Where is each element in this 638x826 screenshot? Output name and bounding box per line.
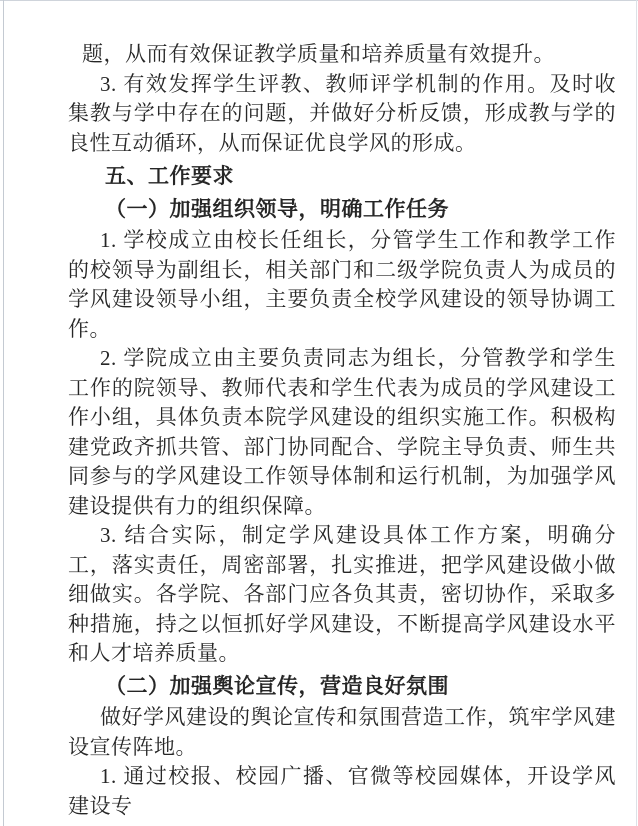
page-right-edge-line	[636, 0, 637, 826]
page-top-edge-line	[0, 0, 638, 1]
section-heading-5: 五、工作要求	[68, 162, 616, 192]
subsection-heading-1: （一）加强组织领导，明确工作任务	[68, 195, 616, 225]
paragraph-item-1-media: 1. 通过校报、校园广播、官微等校园媒体，开设学风建设专	[68, 762, 616, 821]
paragraph-publicity: 做好学风建设的舆论宣传和氛围营造工作，筑牢学风建设宣传阵地。	[68, 703, 616, 762]
paragraph-item-2-college-group: 2. 学院成立由主要负责同志为组长，分管教学和学生工作的院领导、教师代表和学生代…	[68, 344, 616, 521]
page-left-edge-line	[3, 0, 4, 826]
paragraph-item-1-school-group: 1. 学校成立由校长任组长，分管学生工作和教学工作的校领导为副组长，相关部门和二…	[68, 226, 616, 344]
paragraph-item-3-plan: 3. 结合实际，制定学风建设具体工作方案，明确分工，落实责任，周密部署，扎实推进…	[68, 521, 616, 669]
paragraph-continuation: 题，从而有效保证教学质量和培养质量有效提升。	[68, 40, 616, 70]
subsection-heading-2: （二）加强舆论宣传，营造良好氛围	[68, 672, 616, 702]
document-text-block: 题，从而有效保证教学质量和培养质量有效提升。3. 有效发挥学生评教、教师评学机制…	[68, 40, 616, 821]
document-page: 题，从而有效保证教学质量和培养质量有效提升。3. 有效发挥学生评教、教师评学机制…	[0, 0, 638, 826]
paragraph-item-3-evaluation: 3. 有效发挥学生评教、教师评学机制的作用。及时收集教与学中存在的问题，并做好分…	[68, 70, 616, 159]
